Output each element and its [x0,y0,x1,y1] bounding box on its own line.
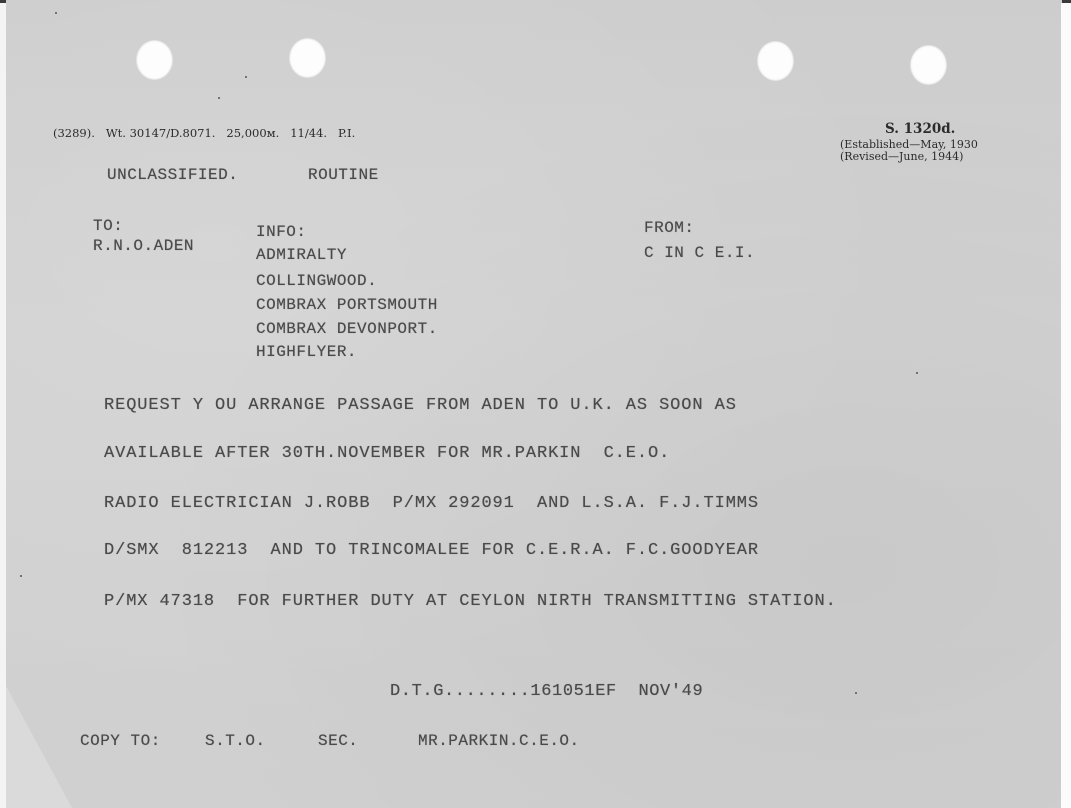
punch-hole [289,38,326,78]
date-time-group: D.T.G........161051EF NOV'49 [390,682,703,701]
from-originator: C IN C E.I. [644,244,755,262]
paper-speck [855,692,857,694]
info-recipient: COLLINGWOOD. [256,272,377,290]
paper-speck [916,372,918,374]
paper-speck [55,12,57,14]
to-label: TO: [93,217,123,235]
punch-hole [136,40,173,80]
message-line: D/SMX 812213 AND TO TRINCOMALEE FOR C.E.… [104,541,759,560]
punch-hole [757,41,794,81]
paper-speck [218,97,220,99]
to-recipient: R.N.O.ADEN [93,237,194,255]
punch-hole [910,45,947,85]
info-recipient: HIGHFLYER. [256,343,357,361]
info-recipient: COMBRAX DEVONPORT. [256,320,438,338]
form-print-code: (3289). Wt. 30147/D.8071. 25,000м. 11/44… [53,126,355,140]
paper-speck [245,76,247,78]
security-classification: UNCLASSIFIED. [107,166,238,184]
info-recipient: ADMIRALTY [256,246,347,264]
copy-to-label: COPY TO: [80,732,161,750]
form-number: S. 1320d. [885,121,955,137]
copy-to-recipient: S.T.O. [205,732,266,750]
copy-to-recipient: MR.PARKIN.C.E.O. [418,732,580,750]
info-label: INFO: [256,223,307,241]
precedence: ROUTINE [308,166,379,184]
from-label: FROM: [644,219,695,237]
message-line: REQUEST Y OU ARRANGE PASSAGE FROM ADEN T… [104,396,737,415]
message-line: RADIO ELECTRICIAN J.ROBB P/MX 292091 AND… [104,494,759,513]
form-revised-date: (Revised—June, 1944) [840,151,963,163]
message-line: P/MX 47318 FOR FURTHER DUTY AT CEYLON NI… [104,592,837,611]
message-line: AVAILABLE AFTER 30TH.NOVEMBER FOR MR.PAR… [104,444,670,463]
paper-speck [20,575,22,577]
info-recipient: COMBRAX PORTSMOUTH [256,296,438,314]
copy-to-recipient: SEC. [318,732,358,750]
scan-right-margin [1061,3,1071,808]
scanned-document: (3289). Wt. 30147/D.8071. 25,000м. 11/44… [0,0,1071,808]
